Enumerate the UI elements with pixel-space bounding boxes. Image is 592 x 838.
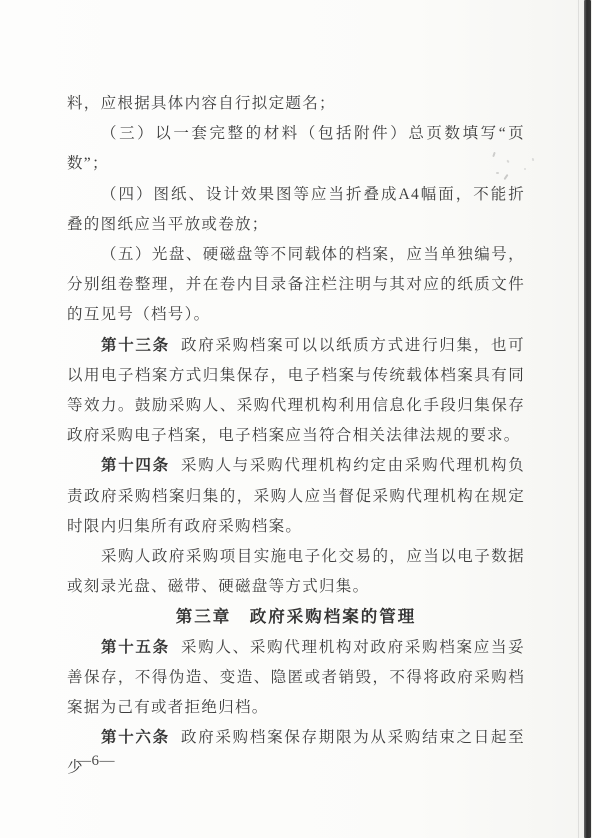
document-body: 料，应根据具体内容自行拟定题名； （三）以一套完整的材料（包括附件）总页数填写“…: [67, 89, 525, 784]
paragraph-continuation: 料，应根据具体内容自行拟定题名；: [67, 89, 525, 119]
scanned-document-page: 料，应根据具体内容自行拟定题名； （三）以一套完整的材料（包括附件）总页数填写“…: [0, 0, 592, 838]
list-item-5-paragraph: （五）光盘、硬磁盘等不同载体的档案，应当单独编号，分别组卷整理，并在卷内目录备注…: [67, 240, 525, 331]
list-item-3-paragraph: （三）以一套完整的材料（包括附件）总页数填写“页数”；: [67, 119, 525, 179]
article-14-sub-paragraph: 采购人政府采购项目实施电子化交易的，应当以电子数据或刻录光盘、磁带、硬磁盘等方式…: [67, 542, 525, 602]
chapter-3-heading: 第三章 政府采购档案的管理: [67, 602, 525, 632]
article-13-label: 第十三条: [101, 337, 170, 354]
list-item-4-paragraph: （四）图纸、设计效果图等应当折叠成A4幅面，不能折叠的图纸应当平放或卷放；: [67, 180, 525, 240]
article-14-label: 第十四条: [101, 457, 170, 474]
article-14-paragraph: 第十四条采购人与采购代理机构约定由采购代理机构负责政府采购档案归集的，采购人应当…: [67, 451, 525, 542]
page-number: —6—: [76, 751, 115, 771]
pencil-speck: [532, 158, 535, 161]
article-13-paragraph: 第十三条政府采购档案可以以纸质方式进行归集，也可以用电子档案方式归集保存，电子档…: [67, 331, 525, 452]
article-15-paragraph: 第十五条采购人、采购代理机构对政府采购档案应当妥善保存，不得伪造、变造、隐匿或者…: [67, 633, 525, 724]
article-16-label: 第十六条: [101, 729, 170, 746]
article-15-label: 第十五条: [101, 639, 170, 656]
scan-edge-line: [578, 0, 579, 838]
article-16-paragraph: 第十六条政府采购档案保存期限为从采购结束之日起至少: [67, 723, 525, 783]
scan-edge-shadow: [584, 0, 591, 838]
